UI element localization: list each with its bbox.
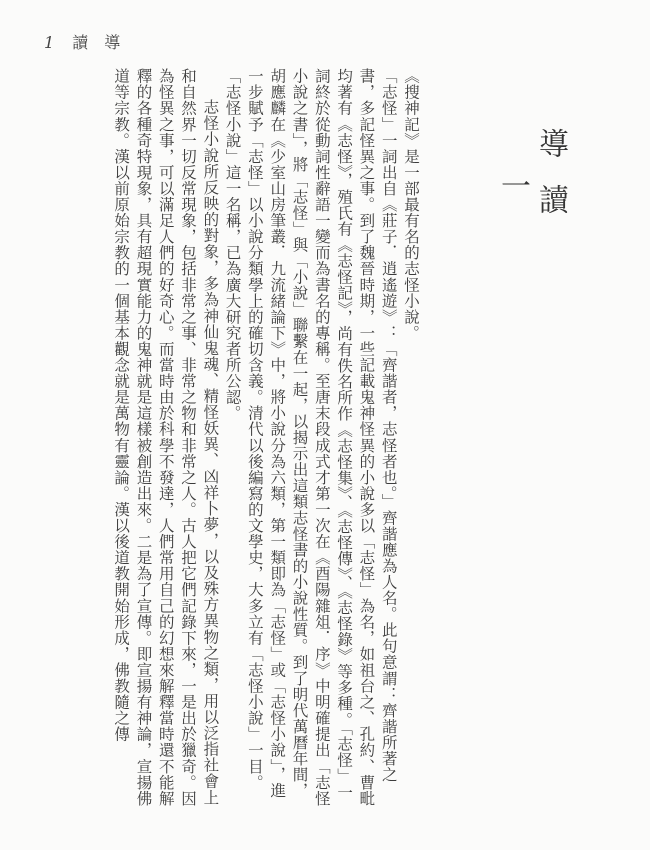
running-title: 讀 導 [72, 30, 120, 53]
paragraph: 志怪小說所反映的對象，多為神仙鬼魂、精怪妖異、凶祥卜夢，以及殊方異物之類，用以泛… [110, 68, 221, 808]
page-number: 1 [44, 33, 54, 52]
paragraph: 《搜神記》是一部最有名的志怪小說。 [400, 68, 422, 808]
body-text: 《搜神記》是一部最有名的志怪小說。 「志怪」一詞出自《莊子．逍遙遊》：「齊諧者，… [110, 68, 422, 808]
paragraph: 「志怪」一詞出自《莊子．逍遙遊》：「齊諧者，志怪者也。」齊諧應為人名。此句意謂：… [221, 68, 399, 808]
section-number: 一 [490, 170, 534, 200]
chapter-title: 導讀 [528, 128, 572, 240]
running-header: 1 讀 導 [44, 30, 120, 53]
